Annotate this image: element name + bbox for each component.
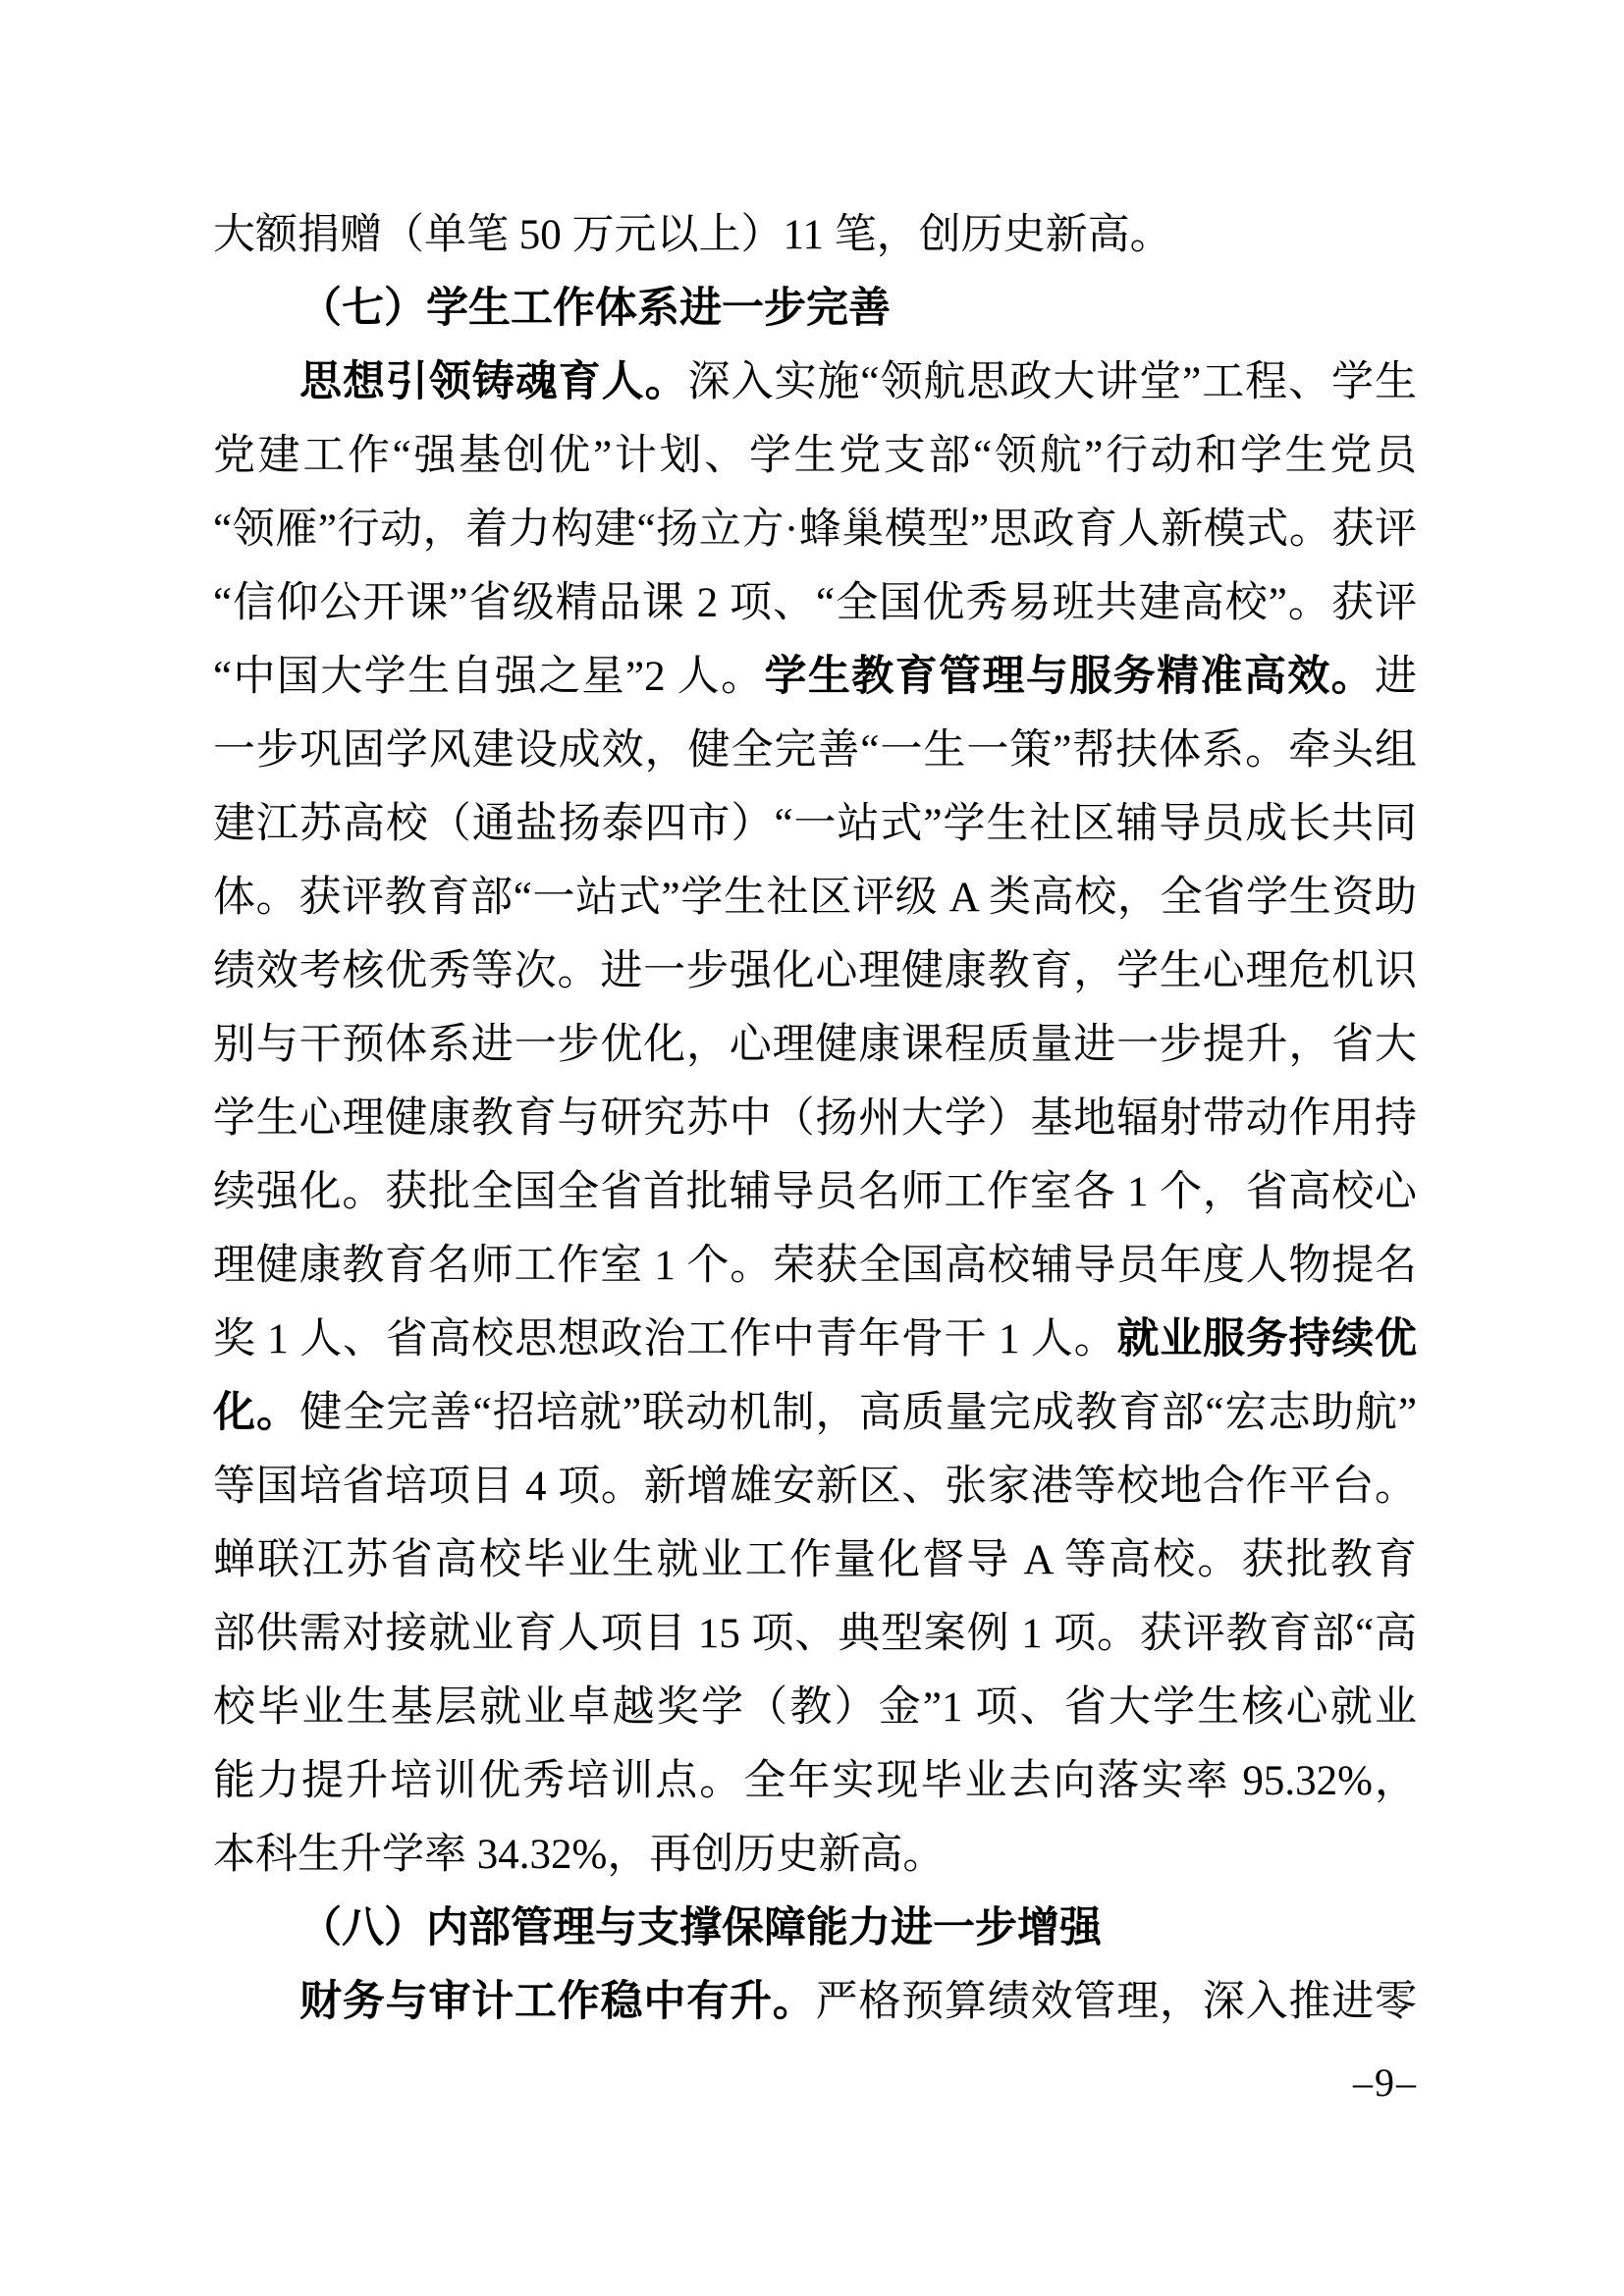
bold-text-segment: （八）内部管理与支撑保障能力进一步增强 xyxy=(299,1905,1102,1951)
text-segment: 建江苏高校（通盐扬泰四市）“一站式”学生社区辅导员成长共同 xyxy=(213,801,1417,847)
text-segment: 大额捐赠（单笔 50 万元以上）11 笔，创历史新高。 xyxy=(213,212,1172,258)
bold-text-segment: 财务与审计工作稳中有升。 xyxy=(299,1979,816,2025)
text-line: 化。健全完善“招培就”联动机制，高质量完成教育部“宏志助航” xyxy=(213,1376,1417,1450)
text-segment: 一步巩固学风建设成效，健全完善“一生一策”帮扶体系。牵头组 xyxy=(213,727,1417,774)
text-line: 大额捐赠（单笔 50 万元以上）11 笔，创历史新高。 xyxy=(213,198,1417,272)
text-line: 学生心理健康教育与研究苏中（扬州大学）基地辐射带动作用持 xyxy=(213,1082,1417,1155)
text-segment: 进 xyxy=(1375,654,1417,700)
bold-text-segment: 学生教育管理与服务精准高效。 xyxy=(765,654,1376,700)
text-segment: 健全完善“招培就”联动机制，高质量完成教育部“宏志助航” xyxy=(299,1390,1417,1436)
text-line: 能力提升培训优秀培训点。全年实现毕业去向落实率 95.32%， xyxy=(213,1744,1417,1818)
text-line: 一步巩固学风建设成效，健全完善“一生一策”帮扶体系。牵头组 xyxy=(213,714,1417,787)
text-segment: “信仰公开课”省级精品课 2 项、“全国优秀易班共建高校”。获评 xyxy=(213,580,1417,626)
document-page: 大额捐赠（单笔 50 万元以上）11 笔，创历史新高。（七）学生工作体系进一步完… xyxy=(0,0,1624,2296)
text-line: 财务与审计工作稳中有升。严格预算绩效管理，深入推进零 xyxy=(213,1965,1417,2039)
text-segment: 别与干预体系进一步优化，心理健康课程质量进一步提升，省大 xyxy=(213,1022,1417,1068)
text-line: “领雁”行动，着力构建“扬立方·蜂巢模型”思政育人新模式。获评 xyxy=(213,493,1417,566)
section-heading: （八）内部管理与支撑保障能力进一步增强 xyxy=(213,1892,1417,1965)
text-line: 奖 1 人、省高校思想政治工作中青年骨干 1 人。就业服务持续优 xyxy=(213,1303,1417,1376)
text-line: 续强化。获批全国全省首批辅导员名师工作室各 1 个，省高校心 xyxy=(213,1155,1417,1229)
text-line: “信仰公开课”省级精品课 2 项、“全国优秀易班共建高校”。获评 xyxy=(213,566,1417,640)
text-line: 蝉联江苏省高校毕业生就业工作量化督导 A 等高校。获批教育 xyxy=(213,1523,1417,1597)
text-segment: 学生心理健康教育与研究苏中（扬州大学）基地辐射带动作用持 xyxy=(213,1095,1417,1142)
text-line: 体。获评教育部“一站式”学生社区评级 A 类高校，全省学生资助 xyxy=(213,861,1417,934)
text-line: 校毕业生基层就业卓越奖学（教）金”1 项、省大学生核心就业 xyxy=(213,1671,1417,1744)
text-segment: 等国培省培项目 4 项。新增雄安新区、张家港等校地合作平台。 xyxy=(213,1464,1417,1510)
text-segment: 绩效考核优秀等次。进一步强化心理健康教育，学生心理危机识 xyxy=(213,948,1417,994)
section-heading: （七）学生工作体系进一步完善 xyxy=(213,272,1417,346)
text-line: 部供需对接就业育人项目 15 项、典型案例 1 项。获评教育部“高 xyxy=(213,1597,1417,1671)
text-line: 党建工作“强基创优”计划、学生党支部“领航”行动和学生党员 xyxy=(213,419,1417,493)
text-line: 思想引领铸魂育人。深入实施“领航思政大讲堂”工程、学生 xyxy=(213,346,1417,419)
bold-text-segment: （七）学生工作体系进一步完善 xyxy=(299,286,891,332)
text-segment: 校毕业生基层就业卓越奖学（教）金”1 项、省大学生核心就业 xyxy=(213,1684,1417,1731)
document-body: 大额捐赠（单笔 50 万元以上）11 笔，创历史新高。（七）学生工作体系进一步完… xyxy=(213,198,1417,2039)
bold-text-segment: 化。 xyxy=(213,1390,299,1436)
page-number: –9– xyxy=(1353,2059,1418,2106)
text-segment: 体。获评教育部“一站式”学生社区评级 A 类高校，全省学生资助 xyxy=(213,875,1417,921)
text-segment: 部供需对接就业育人项目 15 项、典型案例 1 项。获评教育部“高 xyxy=(213,1611,1417,1657)
text-segment: 续强化。获批全国全省首批辅导员名师工作室各 1 个，省高校心 xyxy=(213,1169,1417,1215)
text-segment: “领雁”行动，着力构建“扬立方·蜂巢模型”思政育人新模式。获评 xyxy=(213,507,1417,553)
text-segment: 奖 1 人、省高校思想政治工作中青年骨干 1 人。 xyxy=(213,1316,1116,1362)
text-line: 等国培省培项目 4 项。新增雄安新区、张家港等校地合作平台。 xyxy=(213,1450,1417,1523)
text-segment: 党建工作“强基创优”计划、学生党支部“领航”行动和学生党员 xyxy=(213,433,1417,479)
text-line: 本科生升学率 34.32%，再创历史新高。 xyxy=(213,1818,1417,1892)
bold-text-segment: 思想引领铸魂育人。 xyxy=(299,359,688,405)
text-segment: 深入实施“领航思政大讲堂”工程、学生 xyxy=(688,359,1417,405)
text-line: 建江苏高校（通盐扬泰四市）“一站式”学生社区辅导员成长共同 xyxy=(213,787,1417,861)
text-line: 理健康教育名师工作室 1 个。荣获全国高校辅导员年度人物提名 xyxy=(213,1229,1417,1303)
text-line: 别与干预体系进一步优化，心理健康课程质量进一步提升，省大 xyxy=(213,1008,1417,1082)
text-segment: “中国大学生自强之星”2 人。 xyxy=(213,654,765,700)
text-segment: 严格预算绩效管理，深入推进零 xyxy=(816,1979,1417,2025)
text-line: “中国大学生自强之星”2 人。学生教育管理与服务精准高效。进 xyxy=(213,640,1417,714)
text-line: 绩效考核优秀等次。进一步强化心理健康教育，学生心理危机识 xyxy=(213,934,1417,1008)
text-segment: 本科生升学率 34.32%，再创历史新高。 xyxy=(213,1832,945,1878)
bold-text-segment: 就业服务持续优 xyxy=(1116,1316,1417,1362)
text-segment: 理健康教育名师工作室 1 个。荣获全国高校辅导员年度人物提名 xyxy=(213,1243,1417,1289)
text-segment: 能力提升培训优秀培训点。全年实现毕业去向落实率 95.32%， xyxy=(213,1758,1417,1804)
text-segment: 蝉联江苏省高校毕业生就业工作量化督导 A 等高校。获批教育 xyxy=(213,1537,1417,1583)
